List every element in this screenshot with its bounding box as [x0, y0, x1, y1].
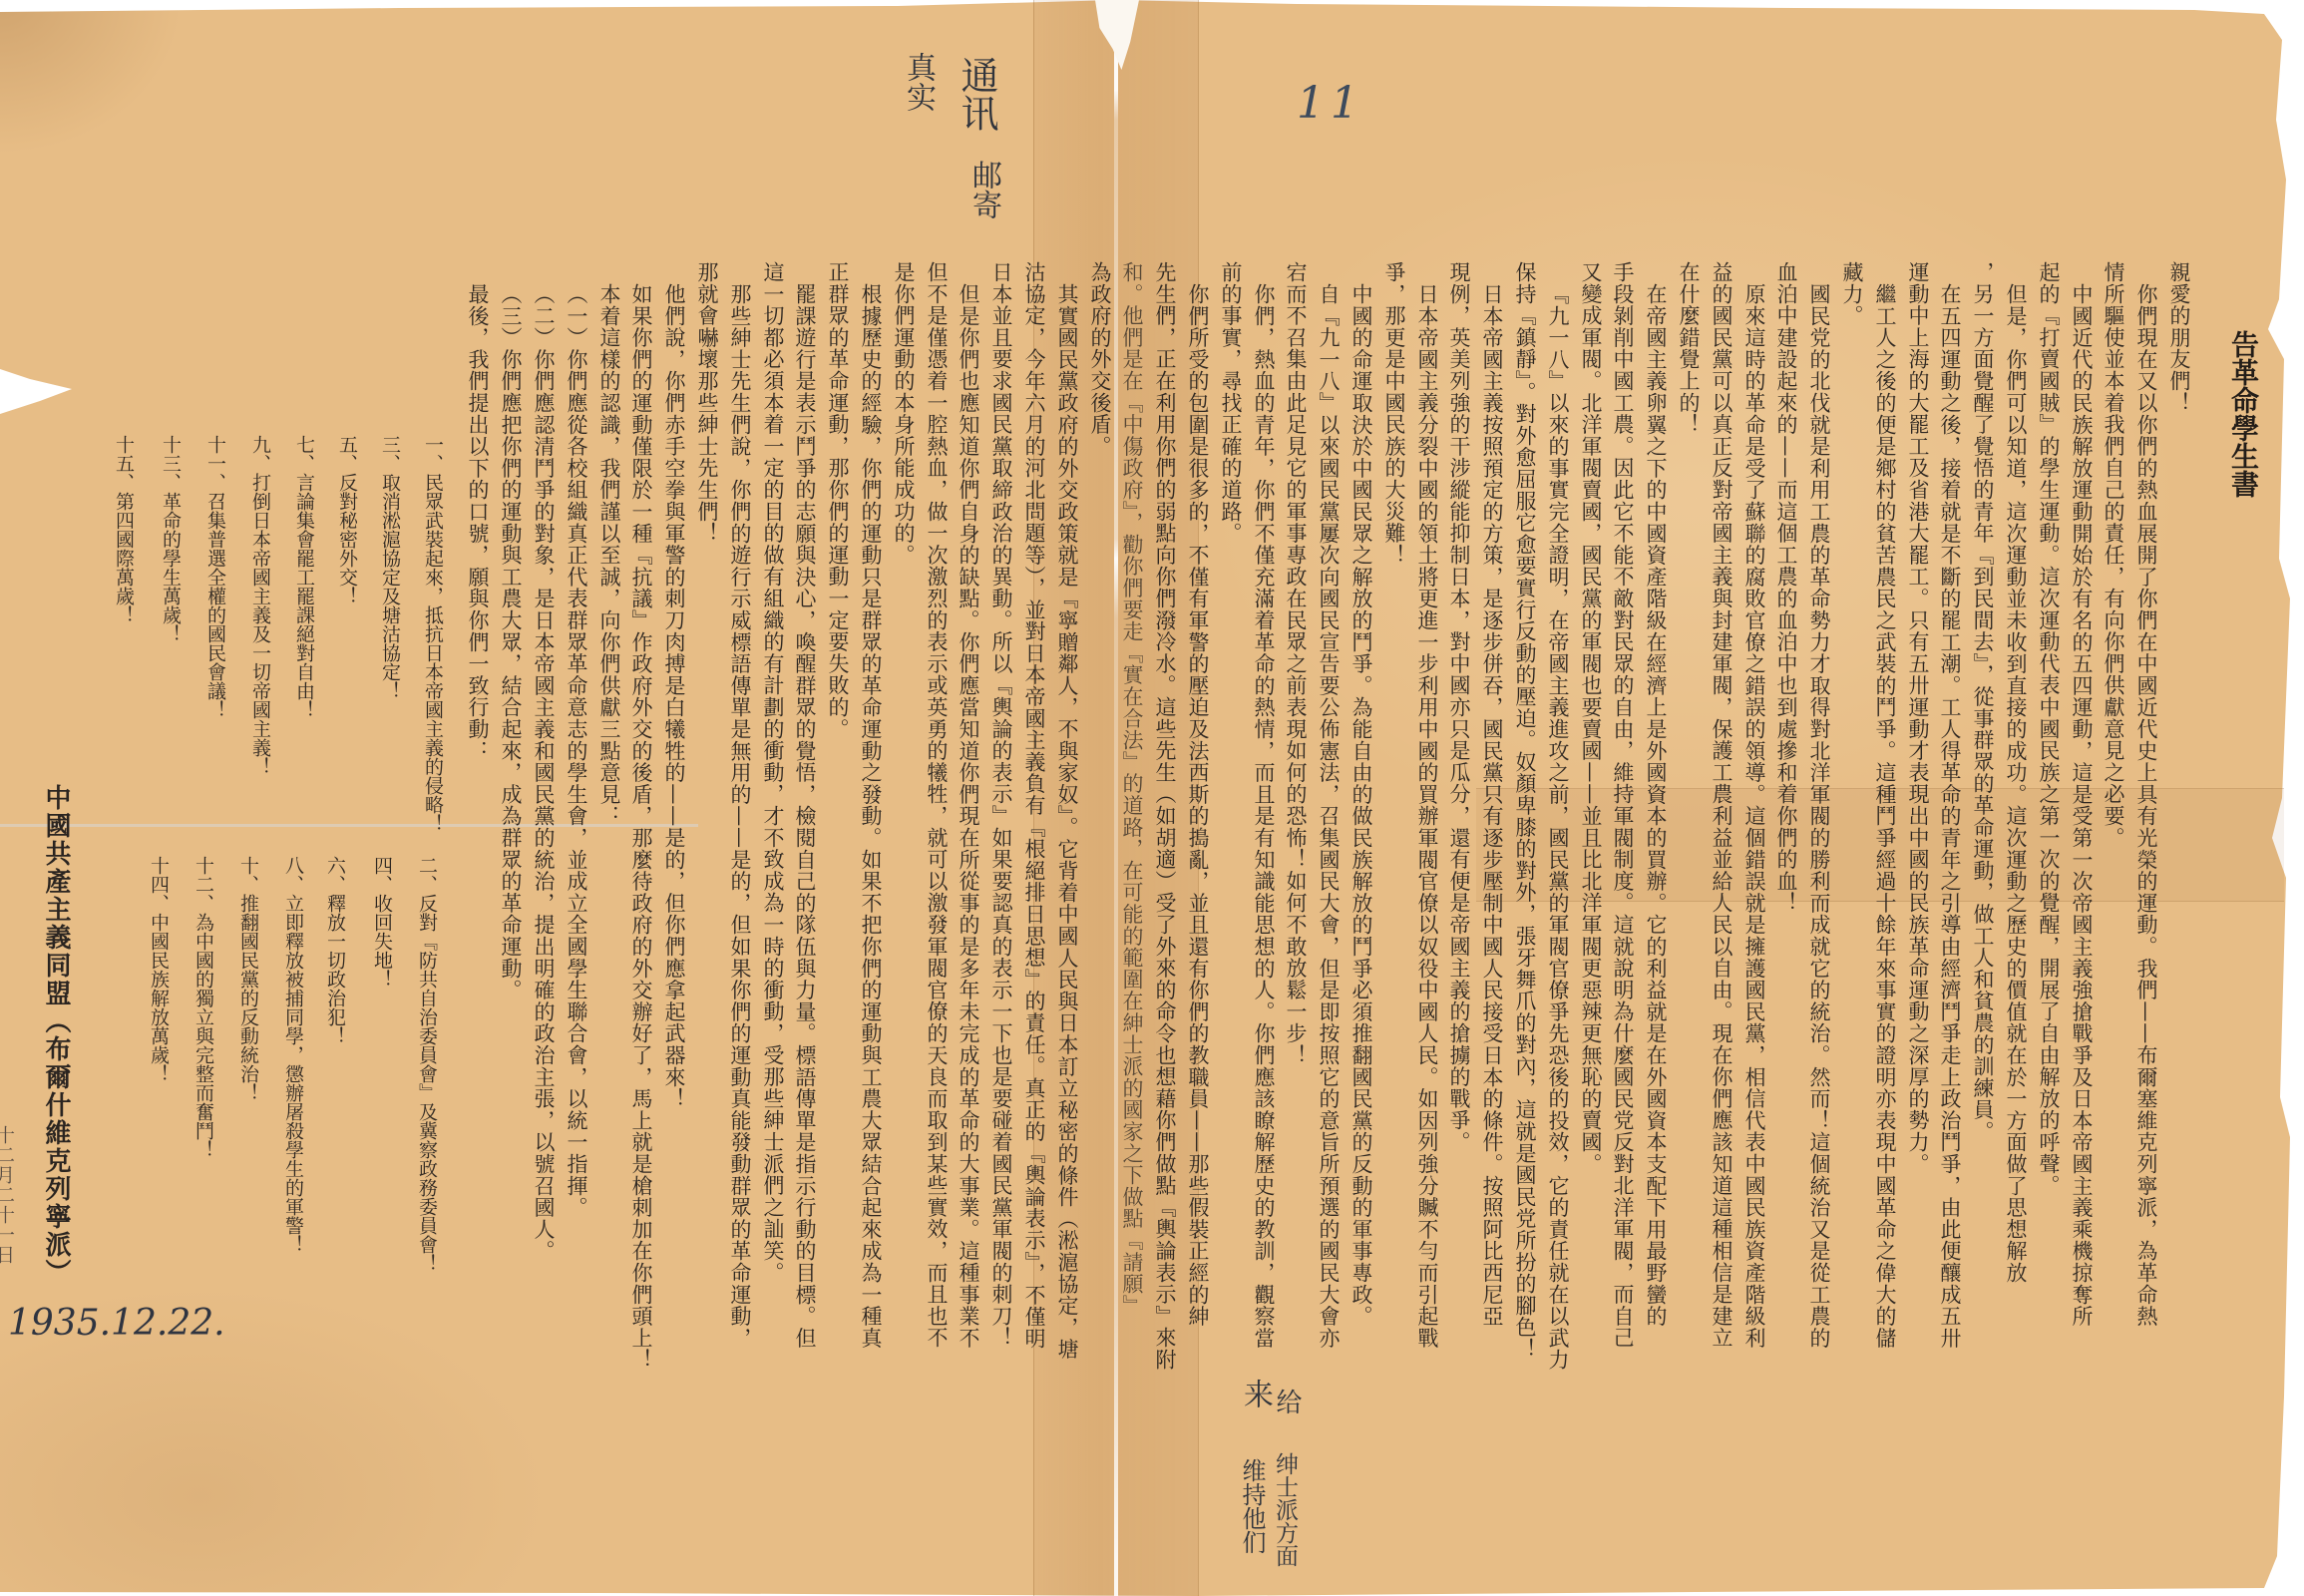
text-column: 保持『鎮靜』。對外愈屈服它愈要實行反動的壓迫。奴顏卑膝的對外，張牙舞爪的對內，這…	[1513, 261, 1537, 1360]
text-column: 如果你們的運動僅限於一種『抗議』作政府外交的後盾，那麼待政府的外交辦好了，馬上就…	[629, 283, 653, 1371]
text-column: 為政府的外交後盾。	[1088, 261, 1112, 457]
text-column: 和。他們是在『中傷政府』，勸你們要走『實在合法』的道路，在可能的範圍在紳士派的國…	[1120, 261, 1144, 1317]
text-column: 情所驅使並本着我們自己的責任，有向你們供獻意見之必要。	[2102, 261, 2125, 849]
text-column: 是你們運動的本身所能成功的。	[892, 261, 916, 566]
horizontal-fold-line	[0, 824, 698, 827]
text-column: 其實國民黨政府的外交政策就是『寧贈鄰人，不與家奴』。它背着中國人民與日本訂立秘密…	[1055, 283, 1079, 1361]
text-column: 你們，熱血的青年，你們不僅充滿着革命的熱情，而且是有知識能思想的人。你們應該瞭解…	[1252, 283, 1276, 1349]
text-column: 根據歷史的經驗，你們的運動只是群眾的革命運動之發動。如果不把你們的運動與工農大眾…	[859, 283, 883, 1349]
text-column: 手段剝削中國工農。因此它不能不敵對民眾的自由，維持軍閥制度。這就說明為什麼國民党…	[1611, 261, 1635, 1349]
text-column: 日本帝國主義分裂中國的領土將更進一步利用中國的買辦軍閥官僚以奴役中國人民。如因列…	[1415, 283, 1439, 1349]
slogan: 一、民眾武裝起來，抵抗日本帝國主義的侵略！	[422, 435, 444, 833]
text-column: 這一切都必須本着一定的目的做有組織的有計劃的衝動，才不致成為一時的衝動，受那些紳…	[761, 261, 785, 1284]
text-column: 又變成軍閥。北洋軍閥賣國，國民黨的軍閥也要賣國——並且比北洋軍閥更惡辣更無恥的賣…	[1579, 261, 1603, 1175]
text-column: 國民党的北伐就是利用工農的革命勢力才取得對北洋軍閥的勝利而成就它的統治。然而！這…	[1807, 283, 1831, 1349]
handwritten-date: 1935.12.22.	[8, 1303, 225, 1344]
text-column: 但不是僅憑着一腔熱血，做一次激烈的表示或英勇的犧牲，就可以激發軍閥官僚的天良而取…	[925, 261, 949, 1349]
document-title: 告革命學生書	[2228, 330, 2258, 498]
issue-date: 十二月二十一日	[0, 1125, 14, 1265]
text-column: 你們現在又以你們的熱血展開了你們在中國近代史上具有光榮的運動。我們——布爾塞維克…	[2134, 283, 2158, 1327]
text-column: 本着這樣的認識，我們謹以至誠，向你們供獻三點意見：	[597, 283, 621, 827]
text-column: 在五四運動之後，接着就是不斷的罷工潮。工人得革命的青年之引導由經濟鬥爭走上政治鬥…	[1938, 283, 1962, 1349]
slogan: 十五、第四國際萬歲！	[113, 435, 135, 624]
slogan: 五、反對秘密外交！	[336, 435, 358, 605]
text-column: （三）你們應把你們的運動與工農大眾，結合起來，成為群眾的革命運動。	[499, 283, 523, 1000]
text-column: 那些紳士先生們說，你們的遊行示威標語傳單是無用的——是的，但如果你們的運動真能發…	[728, 283, 752, 1349]
text-column: 罷課遊行是表示鬥爭的志願與決心，喚醒群眾的覺悟，檢閱自己的隊伍與力量。標語傳單是…	[793, 283, 817, 1349]
text-column: 他們說，你們赤手空拳與軍警的刺刀肉搏是白犧牲的——是的，但你們應拿起武器來！	[662, 283, 686, 1109]
text-column: 自『九一八』以來國民黨屢次向國民宣告要公佈憲法，召集國民大會，但是即按照它的意旨…	[1317, 283, 1341, 1349]
text-column: 日本帝國主義按照預定的方策，是逐步併吞，國民黨只有逐步壓制中國人民接受日本的條件…	[1480, 283, 1504, 1327]
page-number-annotation: 11	[1297, 78, 1364, 129]
text-column: 原來這時的革命是受了蘇聯的腐敗官僚之錯誤的領導。這個錯誤就是擁護國民黨，相信代表…	[1742, 283, 1766, 1349]
text-column: 日本並且要求國民黨取締政治的異動。所以『輿論的表示』如果要認真的表示一下也是要碰…	[989, 261, 1013, 1349]
text-column: 藏力。	[1840, 261, 1864, 326]
handwritten-note: 真实	[896, 52, 940, 112]
handwritten-note: 维持他们	[1235, 1458, 1270, 1554]
slogan: 六、釋放一切政治犯！	[324, 856, 346, 1045]
text-column: 正群眾的革命運動，那你們的運動一定要失敗的。	[826, 261, 850, 740]
text-column: （二）你們應認清鬥爭的對象，是日本帝國主義和國民黨的統治，提出明確的政治主張，以…	[532, 283, 556, 1262]
text-column: ，另一方面覺醒了覺悟的青年『到民間去』，從事群眾的革命運動，做工人和貧農的訓練員…	[1971, 261, 1995, 1142]
slogan: 七、言論集會罷工罷課絕對自由！	[293, 435, 315, 719]
slogan: 四、收回失地！	[371, 856, 393, 989]
slogan: 十、推翻國民黨的反動統治！	[237, 856, 259, 1102]
text-column: 前的事實，尋找正確的道路。	[1219, 261, 1243, 544]
text-column: 親愛的朋友們！	[2167, 261, 2191, 414]
text-column: 『九一八』以來的事實完全證明，在帝國主義進攻之前，國民黨的軍閥官僚爭先恐後的投效…	[1546, 283, 1570, 1371]
text-column: （一）你們應從各校組織真正代表群眾革命意志的學生會，並成立全國學生聯合會，以統一…	[565, 283, 588, 1218]
slogan: 十一、召集普選全權的國民會議！	[204, 435, 226, 719]
slogan: 十二、為中國的獨立與完整而奮鬥！	[192, 856, 214, 1159]
text-column: 運動中上海的大罷工及省港大罷工。只有五卅運動才表現出中國的民族革命運動之深厚的勢…	[1906, 261, 1930, 1175]
text-column: 沽協定，今年六月的河北問題等），並對日本帝國主義負有『根絕排日思想』的責任。真正…	[1022, 261, 1046, 1350]
slogan: 十三、革命的學生萬歲！	[160, 435, 182, 643]
text-column: 宕而不召集由此足見它的軍事專政在民眾之前表現如何的恐怖！如何不敢放鬆一步！	[1284, 261, 1308, 1066]
text-column: 先生們，正在利用你們的弱點向你們潑冷水。這些先生（如胡適）受了外來的命令也想藉你…	[1153, 261, 1177, 1371]
slogan: 九、打倒日本帝國主義及一切帝國主義！	[249, 435, 271, 776]
text-column: 益的國民黨可以真正反對帝國主義與封建軍閥，保護工農利益並給人民以自由。現在你們應…	[1710, 261, 1733, 1349]
text-column: 爭，那更是中國民族的大災難！	[1382, 261, 1406, 566]
handwritten-note: 绅士派方面	[1269, 1452, 1302, 1567]
text-column: 中國近代的民族解放運動開始於有名的五四運動，這是受第一次帝國主義強搶戰爭及日本帝…	[2070, 283, 2094, 1327]
text-column: 但是，你們可以知道，這次運動並未收到直接的成功。這次運動之歷史的價值就在於一方面…	[2004, 283, 2028, 1284]
handwritten-note: 来	[1233, 1379, 1277, 1408]
text-column: 在帝國主義卵翼之下的中國資產階級在經濟上是外國資本的買辦。它的利益就是在外國資本…	[1644, 283, 1668, 1327]
slogan: 三、取消淞滬協定及塘沽協定！	[379, 435, 401, 700]
text-column: 中國的命運取決於中國民眾之解放的鬥爭。為能自由的做民族解放的鬥爭必須推翻國民黨的…	[1349, 283, 1373, 1327]
slogan: 十四、中國民族解放萬歲！	[148, 856, 170, 1083]
center-fold-crease	[1114, 0, 1118, 1596]
slogan: 八、立即釋放被捕同學，懲辦屠殺學生的軍警！	[282, 856, 304, 1254]
text-column: 血泊中建設起來的——而這個工農的血泊中也到處摻和着你們的血！	[1774, 261, 1798, 914]
text-column: 那就會嚇壞那些紳士先生們！	[695, 261, 719, 544]
text-column: 你們所受的包圍是很多的，不僅有軍警的壓迫及法西斯的搗亂，並且還有你們的教職員——…	[1186, 283, 1210, 1327]
text-column: 在什麼錯覺上的！	[1677, 261, 1701, 435]
handwritten-note: 邮寄	[961, 160, 1005, 219]
slogan: 二、反對『防共自治委員會』及冀察政務委員會！	[416, 856, 438, 1273]
text-column: 繼工人之後的便是鄉村的貧苦農民之武裝的鬥爭。這種鬥爭經過十餘年來事實的證明亦表現…	[1873, 283, 1897, 1349]
handwritten-note: 通讯	[950, 56, 1004, 132]
text-column: 現例，英美列強的干涉縱能抑制日本，對中國亦只是瓜分，還有便是帝國主義的搶擄的戰爭…	[1447, 261, 1471, 1153]
text-column: 但是你們也應知道你們自身的缺點。你們應當知道你們現在所從事的是多年未完成的革命的…	[957, 283, 980, 1349]
signature: 中國共產主義同盟（布爾什維克列寧派）	[42, 784, 70, 1287]
text-column: 最後，我們提出以下的口號，願與你們一致行動：	[466, 283, 490, 762]
text-column: 起的『打賣國賊』的學生運動。這次運動代表中國民族之第一次的覺醒，開展了自由解放的…	[2037, 261, 2061, 1196]
